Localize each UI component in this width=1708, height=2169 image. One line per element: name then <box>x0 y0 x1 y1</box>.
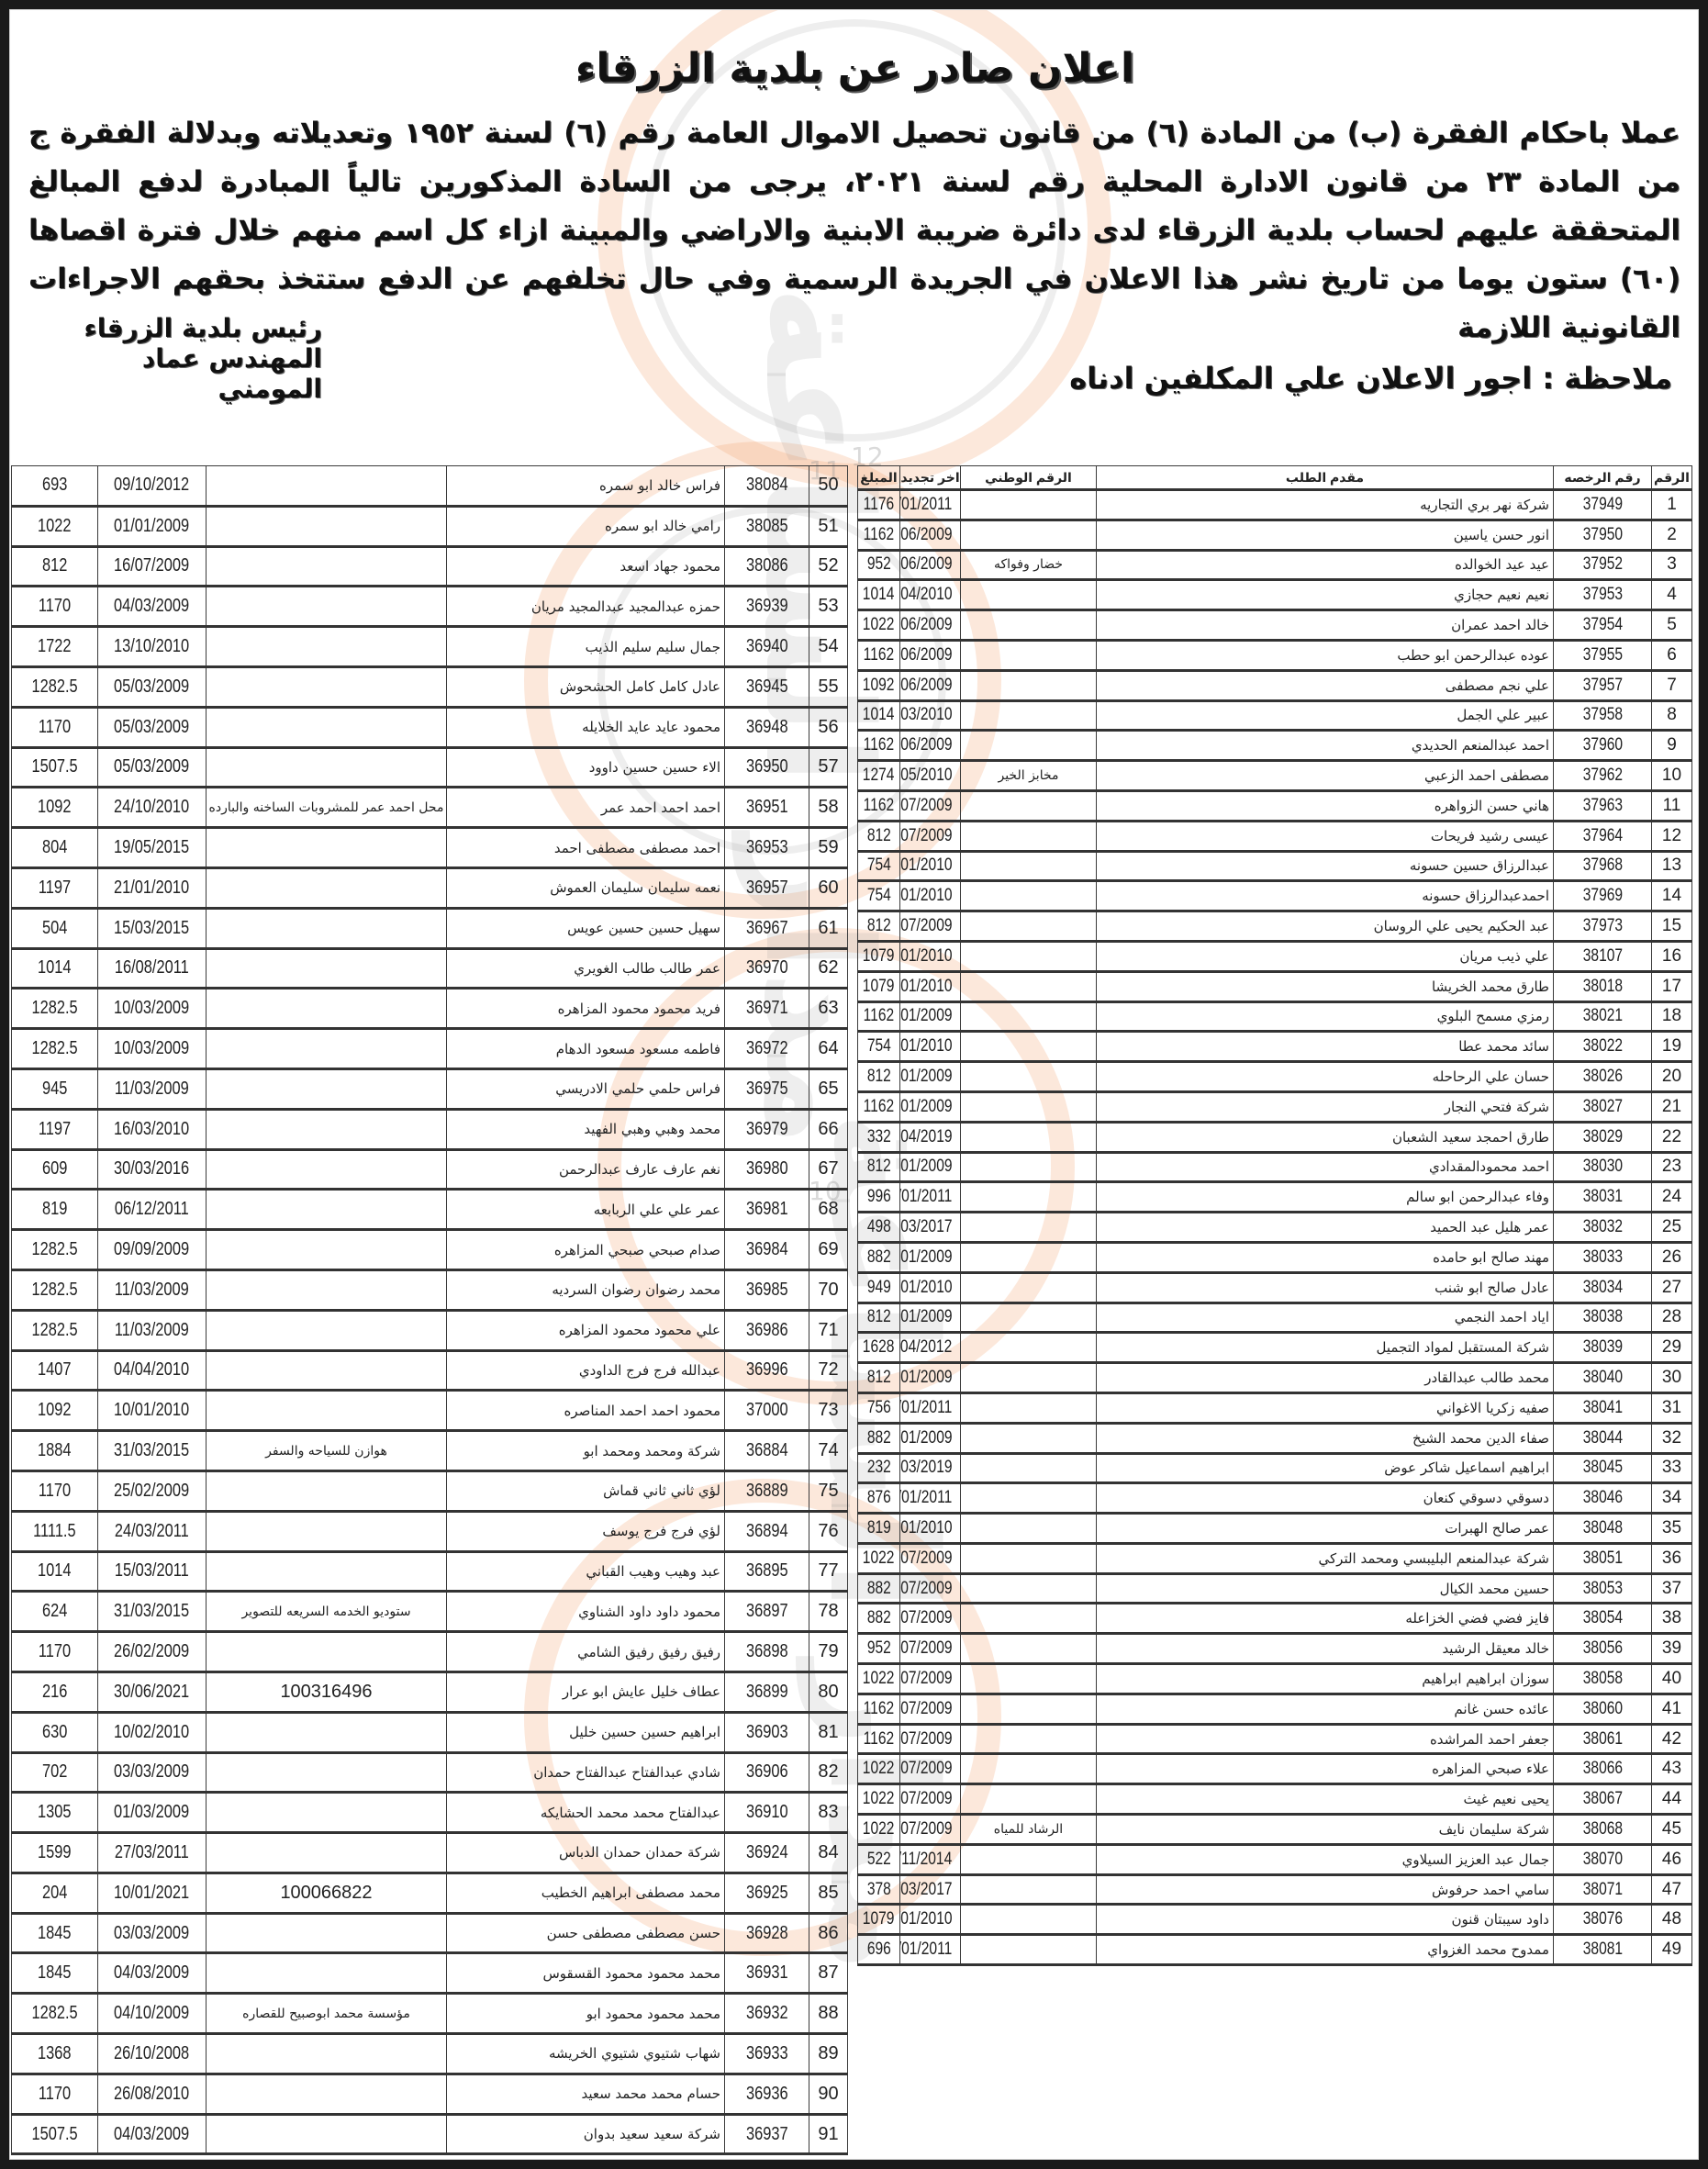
row-number-cell: 87 <box>809 1953 848 1994</box>
license-number-cell-text: 36975 <box>746 1079 788 1100</box>
license-number-cell-text: 38041 <box>1582 1398 1622 1418</box>
amount-cell-text: 1162 <box>864 735 895 755</box>
amount-cell: 754 <box>858 1032 900 1062</box>
license-number-cell-text: 38031 <box>1582 1187 1622 1207</box>
national-id-cell: 100316496 <box>207 1671 447 1712</box>
amount-cell-text: 1079 <box>863 977 895 997</box>
row-number-cell: 9 <box>1652 731 1692 761</box>
license-number-cell: 38029 <box>1554 1122 1652 1152</box>
license-number-cell: 37973 <box>1554 911 1652 942</box>
license-number-cell: 38067 <box>1554 1784 1652 1815</box>
applicant-name-cell-text: عبير علي الجمل <box>1457 707 1549 723</box>
amount-cell-text: 1628 <box>863 1337 895 1358</box>
applicant-name-cell: شركة ومحمد ومحمد ابو <box>447 1431 725 1471</box>
national-id-cell <box>961 1242 1097 1272</box>
applicant-name-cell: شهاب شتيوي شتيوي الخريشه <box>447 2034 725 2074</box>
applicant-name-cell: مهند صالح ابو حامده <box>1097 1242 1554 1272</box>
national-id-cell: ستوديو الخدمه السريعه للتصوير <box>207 1592 447 1632</box>
license-number-cell-text: 36895 <box>746 1560 788 1582</box>
amount-cell: 882 <box>858 1604 900 1634</box>
table-row: 937960احمد عبدالمنعم الحديدي30/06/200911… <box>858 731 1692 761</box>
license-number-cell-text: 36972 <box>746 1038 788 1059</box>
table-body-right: 137949شركة نهر بري التجاريه25/01/2011117… <box>858 490 1692 1965</box>
amount-cell: 609 <box>12 1149 98 1190</box>
row-number-cell-text: 12 <box>1662 826 1681 845</box>
last-renewal-cell: 13/10/2010 <box>98 627 207 667</box>
license-number-cell-text: 38056 <box>1582 1638 1622 1659</box>
last-renewal-cell-text: 31/03/2015 <box>114 1440 189 1461</box>
table-row: 8336910عبدالفتاح محمد محمد الحشايكه01/03… <box>12 1793 848 1833</box>
last-renewal-cell-text: 11/03/2009 <box>115 1280 189 1301</box>
last-renewal-cell-text: 16/03/2010 <box>114 1119 189 1140</box>
license-number-cell-text: 36894 <box>746 1521 788 1542</box>
row-number-cell: 5 <box>1652 610 1692 641</box>
amount-cell-text: 952 <box>866 554 890 575</box>
last-renewal-cell-text: 29/06/2009 <box>900 525 953 545</box>
national-id-cell <box>961 1182 1097 1213</box>
table-row: 337952عيد عيد الخوالدهخضار وفواكه29/06/2… <box>858 550 1692 580</box>
last-renewal-cell: 10/03/2009 <box>98 989 207 1029</box>
applicant-name-cell-text: يحيى نعيم غيث <box>1464 1791 1549 1807</box>
license-number-cell-text: 37968 <box>1582 855 1622 876</box>
national-id-cell-text: محل احمد عمر للمشروبات الساخنه والبارده <box>209 800 444 815</box>
row-number-cell-text: 14 <box>1662 886 1681 905</box>
amount-cell-text: 1022 <box>863 1759 895 1779</box>
license-number-cell: 38051 <box>1554 1543 1652 1573</box>
applicant-name-cell: صفيه زكريا الاغواني <box>1097 1392 1554 1423</box>
license-number-cell: 36979 <box>725 1109 809 1149</box>
applicant-name-cell: محمد طالب عبدالقادر <box>1097 1363 1554 1393</box>
last-renewal-cell: 01/01/2009 <box>900 1091 961 1122</box>
row-number-cell: 33 <box>1652 1453 1692 1483</box>
last-renewal-cell: 01/01/2011 <box>900 1483 961 1514</box>
license-number-cell: 38086 <box>725 546 809 587</box>
table-row: 9036936حسام محمد محمد سعيد26/08/20101170 <box>12 2074 848 2114</box>
applicant-name-cell: شركة سليمان نايف <box>1097 1815 1554 1845</box>
table-row: 7236996عبدالله فرج فرج الداودي04/04/2010… <box>12 1350 848 1391</box>
col-header-license: رقم الرخصه <box>1554 466 1652 490</box>
national-id-cell <box>207 747 447 788</box>
license-number-cell: 37955 <box>1554 640 1652 670</box>
license-number-cell: 36939 <box>725 587 809 627</box>
amount-cell: 996 <box>858 1182 900 1213</box>
applicant-name-cell: عمر صالح الهبرات <box>1097 1514 1554 1544</box>
table-row: 1437969احمدعبدالرزاق حسونه27/01/2010754 <box>858 881 1692 911</box>
national-id-cell <box>961 1604 1097 1634</box>
table-row: 3938056خالد معيقل الرشيد13/07/2009952 <box>858 1634 1692 1664</box>
applicant-name-cell-text: حسام محمد محمد سعيد <box>581 2085 720 2102</box>
last-renewal-cell-text: 01/01/2010 <box>900 1518 953 1538</box>
license-number-cell: 38061 <box>1554 1724 1652 1754</box>
applicant-name-cell-text: صدام صبحي صبحي المزاهره <box>554 1242 720 1258</box>
license-number-cell: 36936 <box>725 2074 809 2114</box>
license-number-cell-text: 38021 <box>1582 1006 1622 1026</box>
applicant-name-cell: هاني حسن الزواهره <box>1097 790 1554 821</box>
applicant-name-cell: خالد معيقل الرشيد <box>1097 1634 1554 1664</box>
applicant-name-cell-text: احمد احمد احمد عمر <box>601 799 720 816</box>
row-number-cell-text: 80 <box>818 1682 838 1702</box>
amount-cell: 504 <box>12 908 98 948</box>
table-row: 5436940جمال سليم سليم الذيب13/10/2010172… <box>12 627 848 667</box>
applicant-name-cell-text: علي ذيب مريان <box>1459 948 1549 965</box>
applicant-name-cell-text: نغم عارف عارف عبدالرحمن <box>559 1161 720 1178</box>
license-number-cell: 36975 <box>725 1068 809 1109</box>
applicant-name-cell: ابراهيم حسين حسين خليل <box>447 1712 725 1752</box>
row-number-cell: 22 <box>1652 1122 1692 1152</box>
row-number-cell-text: 54 <box>818 636 838 656</box>
applicant-name-cell-text: محمد محمود محمود ابو <box>586 2006 720 2022</box>
amount-cell: 332 <box>858 1122 900 1152</box>
row-number-cell-text: 57 <box>818 756 838 777</box>
license-number-cell: 36971 <box>725 989 809 1029</box>
row-number-cell: 54 <box>809 627 848 667</box>
table-row: 1838021رمزي مسمح البلوي01/01/20091162 <box>858 1001 1692 1032</box>
amount-cell-text: 754 <box>866 886 890 906</box>
applicant-name-cell: احمدعبدالرزاق حسونه <box>1097 881 1554 911</box>
amount-cell: 882 <box>858 1423 900 1453</box>
amount-cell-text: 1282.5 <box>31 1038 77 1059</box>
amount-cell: 1111.5 <box>12 1511 98 1551</box>
national-id-cell-text: مؤسسة محمد ابوصبيح للقصاره <box>242 2007 410 2021</box>
last-renewal-cell: 01/01/2010 <box>900 1272 961 1303</box>
license-number-cell: 36970 <box>725 948 809 989</box>
amount-cell-text: 1022 <box>863 615 895 635</box>
applicant-name-cell: عائده حسن غانم <box>1097 1694 1554 1724</box>
amount-cell: 1305 <box>12 1793 98 1833</box>
applicant-name-cell: رمزي مسمح البلوي <box>1097 1001 1554 1032</box>
license-number-cell-text: 37957 <box>1582 676 1622 696</box>
license-number-cell-text: 36981 <box>746 1199 788 1220</box>
license-number-cell: 38026 <box>1554 1062 1652 1092</box>
amount-cell: 522 <box>858 1844 900 1874</box>
col-header-amount: المبلغ <box>858 466 900 490</box>
amount-cell: 1022 <box>858 1543 900 1573</box>
last-renewal-cell: 05/03/2009 <box>98 747 207 788</box>
amount-cell-text: 754 <box>866 1036 890 1057</box>
license-number-cell: 38081 <box>1554 1935 1652 1965</box>
last-renewal-cell-text: 01/01/2009 <box>900 1247 953 1268</box>
row-number-cell: 8 <box>1652 700 1692 731</box>
row-number-cell: 63 <box>809 989 848 1029</box>
row-number-cell: 6 <box>1652 640 1692 670</box>
applicant-name-cell-text: ابراهيم حسين حسين خليل <box>569 1724 720 1740</box>
amount-cell: 1507.5 <box>12 747 98 788</box>
national-id-cell <box>961 1091 1097 1122</box>
amount-cell: 812 <box>858 1363 900 1393</box>
applicant-name-cell: احمد عبدالمنعم الحديدي <box>1097 731 1554 761</box>
national-id-cell <box>961 490 1097 520</box>
col-header-applicant: مقدم الطلب <box>1097 466 1554 490</box>
license-number-cell-text: 38030 <box>1582 1157 1622 1177</box>
row-number-cell: 77 <box>809 1551 848 1592</box>
row-number-cell-text: 32 <box>1662 1428 1681 1448</box>
announcement-page: مدار الساعة مدار الساعة 12 11 10 اعلان ص… <box>9 9 1699 2160</box>
applicant-name-cell: يحيى نعيم غيث <box>1097 1784 1554 1815</box>
national-id-cell: مخابز الخير <box>961 761 1097 791</box>
applicant-name-cell: علي محمود محمود المزاهره <box>447 1310 725 1350</box>
amount-cell-text: 1170 <box>39 1641 71 1662</box>
license-number-cell: 37964 <box>1554 821 1652 851</box>
row-number-cell-text: 45 <box>1662 1819 1681 1839</box>
license-number-cell-text: 38048 <box>1582 1518 1622 1538</box>
table-row: 1638107علي ذيب مريان01/01/20101079 <box>858 941 1692 971</box>
applicant-name-cell-text: حسين محمد الكيال <box>1440 1581 1549 1597</box>
applicant-name-cell-text: احمد عبدالمنعم الحديدي <box>1412 737 1549 754</box>
amount-cell-text: 1162 <box>864 1006 895 1026</box>
table-row: 7536889لؤي ثاني ثاني قماش25/02/20091170 <box>12 1470 848 1511</box>
row-number-cell-text: 6 <box>1667 645 1677 665</box>
amount-cell-text: 804 <box>42 837 67 858</box>
amount-cell-text: 1022 <box>863 1669 895 1689</box>
row-number-cell: 31 <box>1652 1392 1692 1423</box>
license-number-cell: 38032 <box>1554 1213 1652 1243</box>
row-number-cell: 13 <box>1652 851 1692 881</box>
national-id-cell-text: مخابز الخير <box>998 768 1058 783</box>
row-number-cell: 85 <box>809 1873 848 1913</box>
license-number-cell: 36967 <box>725 908 809 948</box>
row-number-cell-text: 41 <box>1662 1699 1681 1718</box>
amount-cell: 1274 <box>858 761 900 791</box>
national-id-cell <box>207 1833 447 1873</box>
last-renewal-cell-text: 14/07/2009 <box>900 1819 953 1839</box>
applicant-name-cell-text: عيد عيد الخوالده <box>1455 556 1549 573</box>
row-number-cell-text: 73 <box>818 1400 838 1420</box>
row-number-cell: 3 <box>1652 550 1692 580</box>
national-id-cell <box>207 1310 447 1350</box>
last-renewal-cell: 01/07/2009 <box>900 911 961 942</box>
amount-cell-text: 1282.5 <box>31 1280 77 1301</box>
last-renewal-cell: 13/07/2009 <box>900 1543 961 1573</box>
amount-cell-text: 876 <box>866 1488 890 1508</box>
row-number-cell: 16 <box>1652 941 1692 971</box>
amount-cell-text: 504 <box>42 918 67 939</box>
row-number-cell-text: 17 <box>1662 977 1681 996</box>
license-number-cell: 38039 <box>1554 1333 1652 1363</box>
row-number-cell-text: 22 <box>1662 1127 1681 1146</box>
row-number-cell-text: 11 <box>1663 796 1681 815</box>
row-number-cell-text: 38 <box>1662 1608 1681 1627</box>
national-id-cell <box>207 466 447 507</box>
national-id-cell <box>207 1551 447 1592</box>
last-renewal-cell: 31/03/2015 <box>98 1431 207 1471</box>
license-number-cell-text: 37969 <box>1582 886 1622 906</box>
last-renewal-cell: 14/07/2009 <box>900 1754 961 1784</box>
last-renewal-cell: 10/03/2009 <box>98 1029 207 1069</box>
applicant-name-cell-text: سهيل حسين حسين عويس <box>567 920 720 936</box>
last-renewal-cell: 22/04/2019 <box>900 1122 961 1152</box>
national-id-cell: 100066822 <box>207 1873 447 1913</box>
applicant-name-cell: اياد احمد النجمي <box>1097 1303 1554 1333</box>
row-number-cell-text: 40 <box>1662 1669 1681 1688</box>
applicant-name-cell: فريد محمود محمود المزاهره <box>447 989 725 1029</box>
applicant-name-cell: احمد مصطفى مصطفى احمد <box>447 828 725 868</box>
national-id-cell <box>207 2034 447 2074</box>
table-row: 4938081ممدوح محمد الغزواي01/01/2011696 <box>858 1935 1692 1965</box>
last-renewal-cell: 13/07/2009 <box>900 1724 961 1754</box>
last-renewal-cell: 06/03/2017 <box>900 1874 961 1905</box>
national-id-cell <box>961 1303 1097 1333</box>
last-renewal-cell-text: 06/03/2017 <box>900 1880 953 1900</box>
license-number-cell: 37953 <box>1554 580 1652 610</box>
amount-cell-text: 1282.5 <box>31 1320 77 1341</box>
last-renewal-cell-text: 26/03/2019 <box>900 1458 953 1478</box>
last-renewal-cell: 30/03/2016 <box>98 1149 207 1190</box>
table-row: 7636894لؤي فرج فرج يوسف24/03/20111111.5 <box>12 1511 848 1551</box>
national-id-cell <box>207 1029 447 1069</box>
table-row: 8836932محمد محمود محمود ابومؤسسة محمد اب… <box>12 1994 848 2034</box>
amount-cell: 1599 <box>12 1833 98 1873</box>
row-number-cell: 69 <box>809 1230 848 1270</box>
license-number-cell-text: 37000 <box>746 1400 788 1421</box>
national-id-cell <box>207 1068 447 1109</box>
applicant-name-cell-text: خالد معيقل الرشيد <box>1442 1640 1549 1657</box>
applicant-name-cell-text: نعمه سليمان سليمان العموش <box>550 879 720 896</box>
license-number-cell: 37950 <box>1554 520 1652 550</box>
row-number-cell-text: 24 <box>1662 1187 1681 1206</box>
amount-cell: 812 <box>858 821 900 851</box>
row-number-cell: 35 <box>1652 1514 1692 1544</box>
amount-cell-text: 1845 <box>38 1962 71 1984</box>
row-number-cell-text: 52 <box>818 555 838 576</box>
table-row: 5138085رامي خالد ابو سمره01/01/20091022 <box>12 506 848 546</box>
amount-cell: 702 <box>12 1752 98 1793</box>
applicant-name-cell: شركة حمدان حمدان الدباس <box>447 1833 725 1873</box>
license-number-cell-text: 38040 <box>1582 1368 1622 1388</box>
amount-cell-text: 952 <box>866 1638 890 1659</box>
table-row: 3838054فايز فضي فضي الخزاعله13/07/200988… <box>858 1604 1692 1634</box>
license-number-cell-text: 37953 <box>1582 585 1622 605</box>
amount-cell-text: 812 <box>866 1067 890 1087</box>
license-number-cell: 38038 <box>1554 1303 1652 1333</box>
applicant-name-cell: سهيل حسين حسين عويس <box>447 908 725 948</box>
national-id-cell <box>207 1350 447 1391</box>
last-renewal-cell-text: 07/04/2010 <box>900 585 953 605</box>
applicant-name-cell: عمر هليل عبد الحميد <box>1097 1213 1554 1243</box>
last-renewal-cell-text: 04/03/2009 <box>114 1962 189 1984</box>
national-id-cell <box>207 1230 447 1270</box>
last-renewal-cell: 26/10/2008 <box>98 2034 207 2074</box>
license-number-cell: 36889 <box>725 1470 809 1511</box>
amount-cell: 1170 <box>12 707 98 747</box>
row-number-cell: 73 <box>809 1391 848 1431</box>
amount-cell: 1170 <box>12 2074 98 2114</box>
amount-cell: 1022 <box>858 1754 900 1784</box>
amount-cell: 1845 <box>12 1913 98 1953</box>
license-number-cell-text: 38085 <box>746 516 788 537</box>
amount-cell: 1407 <box>12 1350 98 1391</box>
applicant-name-cell: حمزه عبدالمجيد عبدالمجيد مريان <box>447 587 725 627</box>
applicant-name-cell-text: ممدوح محمد الغزواي <box>1427 1941 1549 1958</box>
row-number-cell-text: 30 <box>1662 1368 1681 1387</box>
last-renewal-cell-text: 01/01/2009 <box>900 1006 953 1026</box>
last-renewal-cell: 01/01/2009 <box>900 1152 961 1182</box>
last-renewal-cell-text: 27/01/2010 <box>900 855 953 876</box>
amount-cell-text: 1162 <box>864 1097 895 1117</box>
license-number-cell-text: 36957 <box>746 878 788 899</box>
table-row: 1537973عبد الحكيم يحيى علي الروسان01/07/… <box>858 911 1692 942</box>
national-id-cell <box>961 1573 1097 1604</box>
license-number-cell: 36937 <box>725 2114 809 2154</box>
applicant-name-cell: خالد احمد عمران <box>1097 610 1554 641</box>
applicant-name-cell-text: عيسى رشيد فريحات <box>1431 828 1549 844</box>
taxpayers-table-right: الرقم رقم الرخصه مقدم الطلب الرقم الوطني… <box>857 465 1692 1966</box>
amount-cell: 1162 <box>858 640 900 670</box>
amount-cell: 945 <box>12 1068 98 1109</box>
amount-cell-text: 1014 <box>863 585 895 605</box>
last-renewal-cell: 06/12/2011 <box>98 1190 207 1230</box>
license-number-cell: 36940 <box>725 627 809 667</box>
national-id-cell-text: ستوديو الخدمه السريعه للتصوير <box>241 1604 410 1619</box>
applicant-name-cell-text: سامي احمد حرفوش <box>1432 1882 1549 1898</box>
last-renewal-cell: 05/03/2009 <box>98 707 207 747</box>
last-renewal-cell-text: 13/10/2010 <box>114 636 189 657</box>
license-number-cell-text: 36937 <box>746 2124 788 2145</box>
applicant-name-cell-text: لؤي ثاني ثاني قماش <box>603 1482 720 1499</box>
applicant-name-cell-text: محمود داود داود الشناوي <box>578 1604 720 1620</box>
national-id-cell <box>961 610 1097 641</box>
license-number-cell-text: 36939 <box>746 596 788 617</box>
table-row: 737957علي نجم مصطفى29/06/20091092 <box>858 670 1692 700</box>
applicant-name-cell-text: فريد محمود محمود المزاهره <box>558 1001 720 1017</box>
row-number-cell-text: 28 <box>1662 1307 1681 1326</box>
last-renewal-cell-text: 03/03/2009 <box>114 1761 189 1783</box>
amount-cell-text: 1274 <box>863 766 895 786</box>
license-number-cell-text: 37950 <box>1582 525 1622 545</box>
row-number-cell: 27 <box>1652 1272 1692 1303</box>
last-renewal-cell-text: 29/06/2009 <box>900 554 953 575</box>
signature-name: المهندس عماد المومني <box>47 343 322 404</box>
amount-cell-text: 1079 <box>863 1909 895 1929</box>
row-number-cell-text: 43 <box>1662 1759 1681 1778</box>
table-row: 3538048عمر صالح الهبرات01/01/2010819 <box>858 1514 1692 1544</box>
license-number-cell: 38027 <box>1554 1091 1652 1122</box>
applicant-name-cell-text: محمد طالب عبدالقادر <box>1424 1370 1549 1386</box>
amount-cell-text: 1305 <box>38 1802 71 1823</box>
license-number-cell-text: 38053 <box>1582 1579 1622 1599</box>
license-number-cell: 38021 <box>1554 1001 1652 1032</box>
row-number-cell-text: 36 <box>1662 1548 1681 1568</box>
last-renewal-cell-text: 01/01/2010 <box>900 946 953 967</box>
license-number-cell-text: 38039 <box>1582 1337 1622 1358</box>
table-row: 7036985محمد رضوان رضوان السرديه11/03/200… <box>12 1269 848 1310</box>
amount-cell: 1176 <box>858 490 900 520</box>
license-number-cell-text: 38107 <box>1582 946 1622 967</box>
license-number-cell-text: 36967 <box>746 918 788 939</box>
national-id-cell <box>961 1213 1097 1243</box>
applicant-name-cell: عادل صالح ابو شنب <box>1097 1272 1554 1303</box>
applicant-name-cell: شركة المستقبل لمواد التجميل <box>1097 1333 1554 1363</box>
row-number-cell-text: 82 <box>818 1761 838 1782</box>
applicant-name-cell-text: عوده عبدالرحمن ابو حطب <box>1397 647 1549 664</box>
license-number-cell: 38107 <box>1554 941 1652 971</box>
license-number-cell: 38045 <box>1554 1453 1652 1483</box>
license-number-cell-text: 36889 <box>746 1481 788 1502</box>
last-renewal-cell: 15/03/2015 <box>98 908 207 948</box>
table-row: 7436884شركة ومحمد ومحمد ابوهوازن للسياحه… <box>12 1431 848 1471</box>
row-number-cell: 11 <box>1652 790 1692 821</box>
row-number-cell: 84 <box>809 1833 848 1873</box>
license-number-cell-text: 38058 <box>1582 1669 1622 1689</box>
last-renewal-cell: 25/03/2010 <box>900 700 961 731</box>
license-number-cell: 36953 <box>725 828 809 868</box>
applicant-name-cell-text: الاء حسين حسين داوود <box>589 759 720 776</box>
license-number-cell-text: 38032 <box>1582 1217 1622 1237</box>
amount-cell-text: 1176 <box>864 495 895 515</box>
last-renewal-cell: 01/01/2010 <box>900 971 961 1001</box>
amount-cell: 1162 <box>858 1724 900 1754</box>
applicant-name-cell-text: طارق محمد الخريشا <box>1432 978 1549 995</box>
last-renewal-cell: 26/03/2019 <box>900 1453 961 1483</box>
